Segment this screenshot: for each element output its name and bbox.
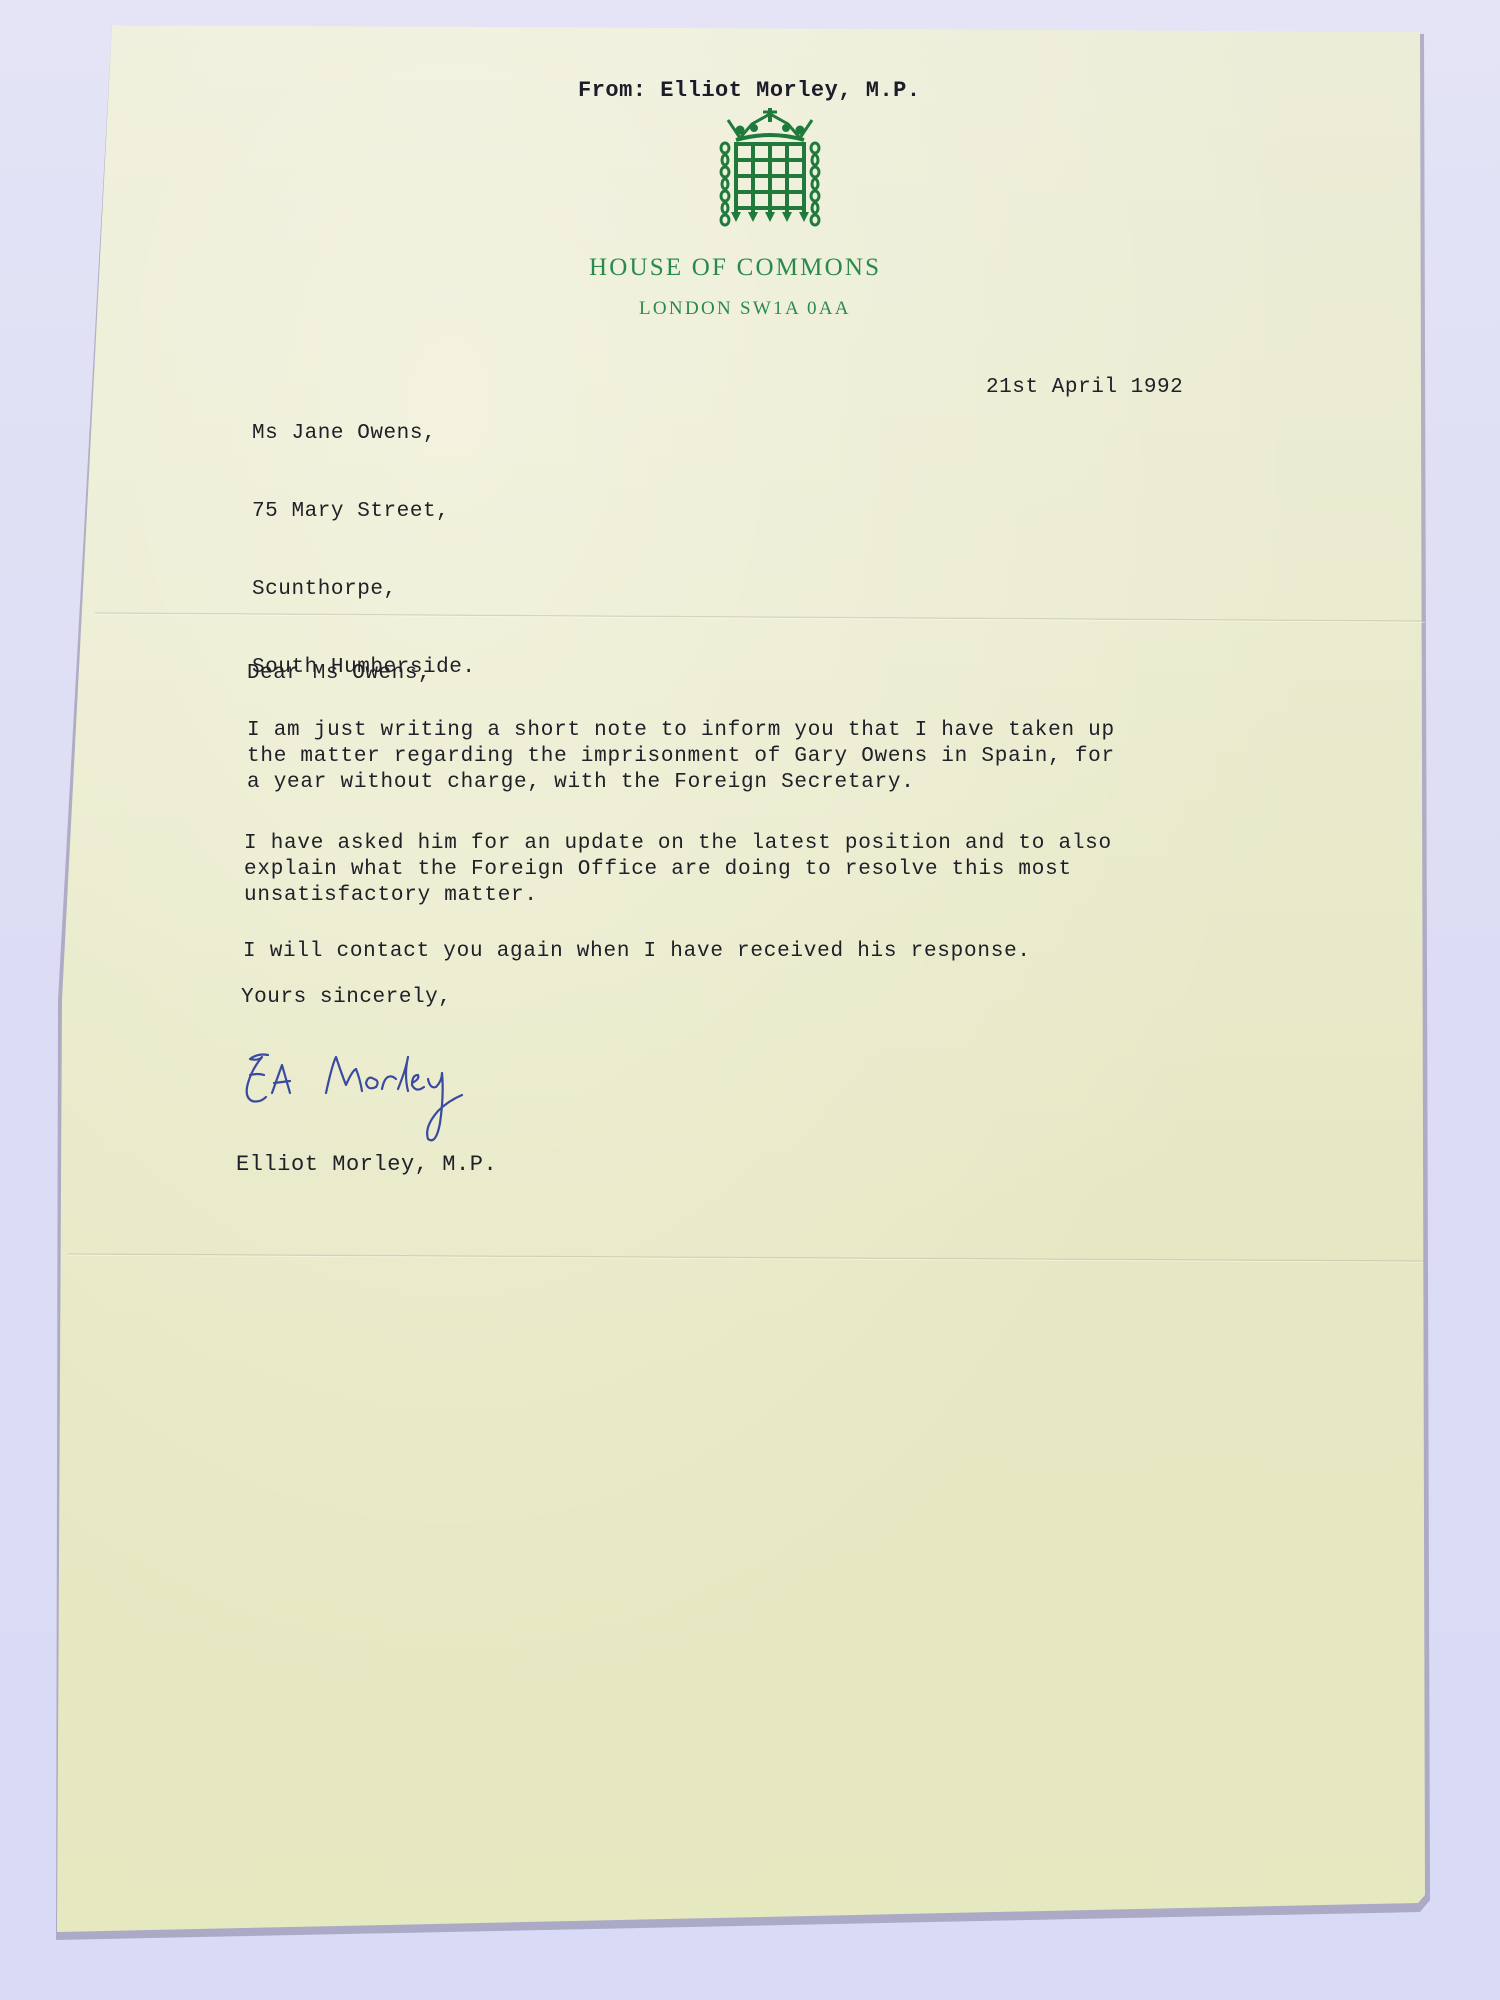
body-paragraph-1: I am just writing a short note to inform… (247, 718, 1115, 796)
recipient-street: 75 Mary Street, (252, 499, 476, 525)
institution-name: HOUSE OF COMMONS (589, 254, 881, 282)
closing: Yours sincerely, (241, 985, 451, 1011)
recipient-town: Scunthorpe, (252, 577, 476, 603)
handwritten-signature (228, 1035, 528, 1165)
recipient-address: Ms Jane Owens, 75 Mary Street, Scunthorp… (252, 369, 476, 707)
letterhead-from-line: From: Elliot Morley, M.P. (578, 78, 921, 103)
institution-address: LONDON SW1A 0AA (639, 298, 851, 320)
recipient-name: Ms Jane Owens, (252, 421, 476, 447)
body-paragraph-2: I have asked him for an update on the la… (244, 831, 1112, 909)
letter-date: 21st April 1992 (986, 375, 1183, 401)
body-paragraph-3: I will contact you again when I have rec… (243, 939, 1031, 965)
signer-name: Elliot Morley, M.P. (236, 1152, 497, 1178)
portcullis-crest-icon (718, 108, 822, 228)
salutation: Dear Ms Owens, (247, 661, 431, 687)
